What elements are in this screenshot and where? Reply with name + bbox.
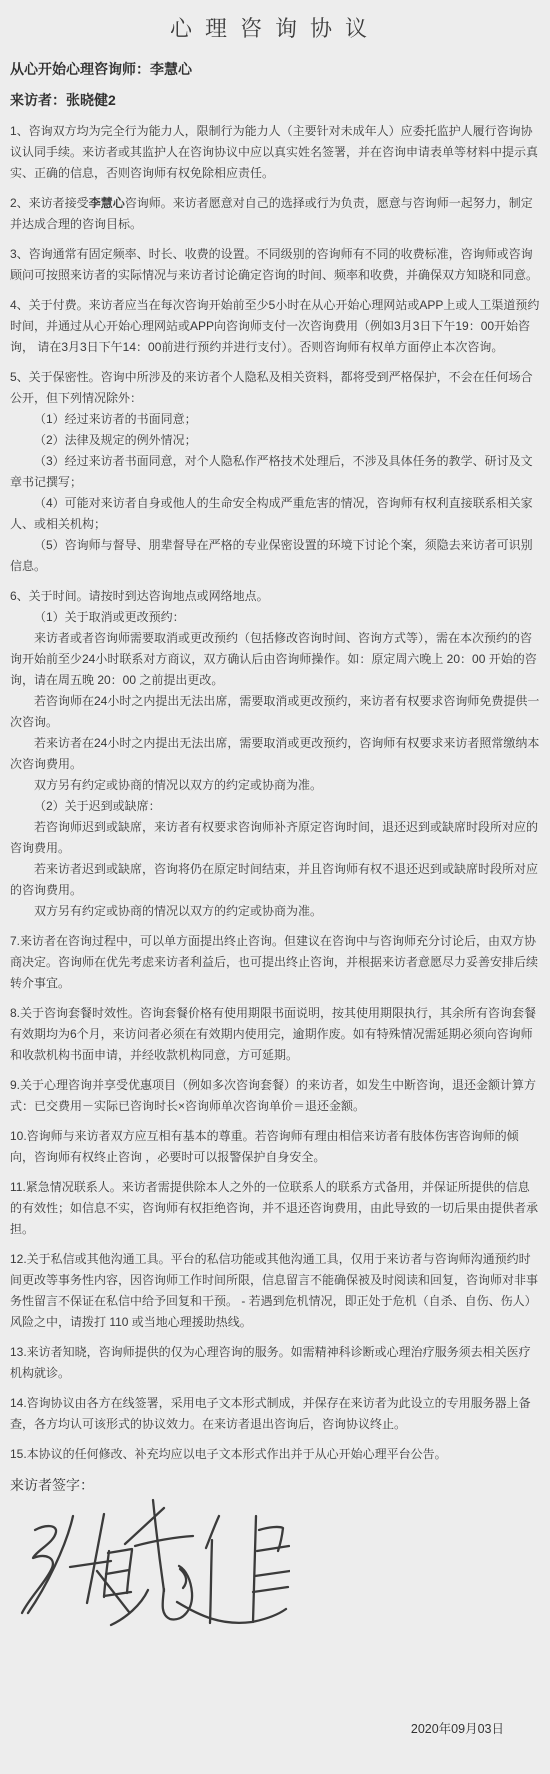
clause-text: 来访者或者咨询师需要取消或更改预约（包括修改咨询时间、咨询方式等），需在本次预约…	[10, 631, 537, 687]
clause-text: （2）法律及规定的例外情况；	[34, 433, 197, 447]
clause-text: 12.关于私信或其他沟通工具。平台的私信功能或其他沟通工具，仅用于来访者与咨询师…	[10, 1252, 538, 1329]
clause-text: （2）关于迟到或缺席：	[34, 799, 161, 813]
visitor-signature-drawing	[10, 1498, 290, 1630]
clause-text: 10.咨询师与来访者双方应互相有基本的尊重。若咨询师有理由相信来访者有肢体伤害咨…	[10, 1129, 519, 1164]
signature-stroke	[127, 1550, 132, 1593]
clause-paragraph: （1）经过来访者的书面同意；	[10, 409, 540, 430]
clause-text: 5、关于保密性。咨询中所涉及的来访者个人隐私及相关资料，都将受到严格保护，不会在…	[10, 370, 533, 405]
counselor-line: 从心开始心理咨询师：李慧心	[10, 59, 540, 79]
clause-paragraph: 6、关于时间。请按时到达咨询地点或网络地点。	[10, 586, 540, 607]
clause-text: （4）可能对来访者自身或他人的生命安全构成严重危害的情况，咨询师有权利直接联系相…	[10, 496, 533, 531]
clause-paragraph: 14.咨询协议由各方在线签署，采用电子文本形式制成，并保存在来访者为此设立的专用…	[10, 1393, 540, 1435]
signature-stroke	[257, 1546, 289, 1551]
clause-text: 若咨询师在24小时之内提出无法出席，需要取消或更改预约，来访者有权要求咨询师免费…	[10, 694, 539, 729]
clause-paragraph: 7.来访者在咨询过程中，可以单方面提出终止咨询。但建议在咨询中与咨询师充分讨论后…	[10, 931, 540, 994]
clause-text: 若来访者在24小时之内提出无法出席，需要取消或更改预约，咨询师有权要求来访者照常…	[10, 736, 539, 771]
clause-text: 双方另有约定或协商的情况以双方的约定或协商为准。	[34, 778, 322, 792]
clause-paragraph: 1、咨询双方均为完全行为能力人，限制行为能力人（主要针对未成年人）应委托监护人履…	[10, 121, 540, 184]
clause-text: 双方另有约定或协商的情况以双方的约定或协商为准。	[34, 904, 322, 918]
clause-text: （1）关于取消或更改预约：	[34, 610, 185, 624]
clause-paragraph: 9.关于心理咨询并享受优惠项目（例如多次咨询套餐）的来访者，如发生中断咨询，退还…	[10, 1075, 540, 1117]
signature-stroke	[253, 1587, 288, 1592]
signature-stroke	[177, 1602, 286, 1623]
clause-text: 若咨询师迟到或缺席，来访者有权要求咨询师补齐原定咨询时间，退还迟到或缺席时段所对…	[10, 820, 538, 855]
clause-paragraph: （5）咨询师与督导、朋辈督导在严格的专业保密设置的环境下讨论个案，须隐去来访者可…	[10, 535, 540, 577]
clause-text: 7.来访者在咨询过程中，可以单方面提出终止咨询。但建议在咨询中与咨询师充分讨论后…	[10, 934, 538, 990]
clause-paragraph: 若来访者迟到或缺席，咨询将仍在原定时间结束，并且咨询师有权不退还迟到或缺席时段所…	[10, 859, 540, 901]
clause-text: （3）经过来访者书面同意，对个人隐私作严格技术处理后，不涉及具体任务的教学、研讨…	[10, 454, 533, 489]
signature-stroke	[87, 1514, 104, 1603]
signature-stroke	[22, 1526, 56, 1613]
signature-label: 来访者签字：	[10, 1475, 540, 1496]
clause-text: 2、来访者接受	[10, 196, 89, 210]
clause-paragraph: （2）关于迟到或缺席：	[10, 796, 540, 817]
clause-text: 15.本协议的任何修改、补充均应以电子文本形式作出并于从心开始心理平台公告。	[10, 1447, 447, 1461]
clause-paragraph: 双方另有约定或协商的情况以双方的约定或协商为准。	[10, 775, 540, 796]
clause-paragraph: 5、关于保密性。咨询中所涉及的来访者个人隐私及相关资料，都将受到严格保护，不会在…	[10, 367, 540, 409]
clause-paragraph: 若来访者在24小时之内提出无法出席，需要取消或更改预约，咨询师有权要求来访者照常…	[10, 733, 540, 775]
clause-paragraph: 4、关于付费。来访者应当在每次咨询开始前至少5小时在从心开始心理网站或APP上或…	[10, 295, 540, 358]
signature-stroke	[108, 1549, 132, 1553]
clause-text: 11.紧急情况联系人。来访者需提供除本人之外的一位联系人的联系方式备用，并保证所…	[10, 1180, 538, 1236]
clause-bold-text: 李慧心	[89, 196, 125, 210]
agreement-date: 2020年09月03日	[10, 1720, 540, 1738]
signature-stroke	[163, 1566, 192, 1619]
page-title: 心理咨询协议	[10, 8, 540, 43]
clause-paragraph: （2）法律及规定的例外情况；	[10, 430, 540, 451]
agreement-document: 心理咨询协议 从心开始心理咨询师：李慧心 来访者：张晓健2 1、咨询双方均为完全…	[0, 8, 550, 1738]
clause-paragraph: 来访者或者咨询师需要取消或更改预约（包括修改咨询时间、咨询方式等），需在本次预约…	[10, 628, 540, 691]
clause-text: （5）咨询师与督导、朋辈督导在严格的专业保密设置的环境下讨论个案，须隐去来访者可…	[10, 538, 533, 573]
clause-paragraph: 8.关于咨询套餐时效性。咨询套餐价格有使用期限书面说明，按其使用期限执行，其余所…	[10, 1003, 540, 1066]
clause-paragraph: （4）可能对来访者自身或他人的生命安全构成严重危害的情况，咨询师有权利直接联系相…	[10, 493, 540, 535]
signature-stroke	[70, 1561, 111, 1567]
clause-text: 若来访者迟到或缺席，咨询将仍在原定时间结束，并且咨询师有权不退还迟到或缺席时段所…	[10, 862, 538, 897]
clause-paragraph: 3、咨询通常有固定频率、时长、收费的设置。不同级别的咨询师有不同的收费标准，咨询…	[10, 244, 540, 286]
clause-paragraph: （3）经过来访者书面同意，对个人隐私作严格技术处理后，不涉及具体任务的教学、研讨…	[10, 451, 540, 493]
clause-text: 3、咨询通常有固定频率、时长、收费的设置。不同级别的咨询师有不同的收费标准，咨询…	[10, 247, 538, 282]
clause-paragraph: 双方另有约定或协商的情况以双方的约定或协商为准。	[10, 901, 540, 922]
signature-stroke	[97, 1571, 129, 1612]
clause-text: 9.关于心理咨询并享受优惠项目（例如多次咨询套餐）的来访者，如发生中断咨询，退还…	[10, 1078, 536, 1113]
clause-text: 14.咨询协议由各方在线签署，采用电子文本形式制成，并保存在来访者为此设立的专用…	[10, 1396, 531, 1431]
clause-paragraph: 若咨询师在24小时之内提出无法出席，需要取消或更改预约，来访者有权要求咨询师免费…	[10, 691, 540, 733]
clause-text: 8.关于咨询套餐时效性。咨询套餐价格有使用期限书面说明，按其使用期限执行，其余所…	[10, 1006, 536, 1062]
clause-paragraph: 10.咨询师与来访者双方应互相有基本的尊重。若咨询师有理由相信来访者有肢体伤害咨…	[10, 1126, 540, 1168]
signature-stroke	[255, 1571, 290, 1576]
clause-paragraph: （1）关于取消或更改预约：	[10, 607, 540, 628]
clauses: 1、咨询双方均为完全行为能力人，限制行为能力人（主要针对未成年人）应委托监护人履…	[10, 121, 540, 1465]
clause-text: 4、关于付费。来访者应当在每次咨询开始前至少5小时在从心开始心理网站或APP上或…	[10, 298, 539, 354]
visitor-line: 来访者：张晓健2	[10, 90, 540, 110]
signature-stroke	[253, 1516, 256, 1622]
clause-paragraph: 2、来访者接受李慧心咨询师。来访者愿意对自己的选择或行为负责，愿意与咨询师一起努…	[10, 193, 540, 235]
signature-stroke	[135, 1536, 193, 1546]
signature-stroke	[210, 1540, 212, 1623]
clause-paragraph: 若咨询师迟到或缺席，来访者有权要求咨询师补齐原定咨询时间，退还迟到或缺席时段所对…	[10, 817, 540, 859]
clause-text: 13.来访者知晓，咨询师提供的仅为心理咨询的服务。如需精神科诊断或心理治疗服务须…	[10, 1345, 531, 1380]
clause-text: 6、关于时间。请按时到达咨询地点或网络地点。	[10, 589, 269, 603]
clause-paragraph: 15.本协议的任何修改、补充均应以电子文本形式作出并于从心开始心理平台公告。	[10, 1444, 540, 1465]
clause-text: 1、咨询双方均为完全行为能力人，限制行为能力人（主要针对未成年人）应委托监护人履…	[10, 124, 538, 180]
clause-paragraph: 11.紧急情况联系人。来访者需提供除本人之外的一位联系人的联系方式备用，并保证所…	[10, 1177, 540, 1240]
signature-stroke	[106, 1570, 129, 1574]
clause-paragraph: 13.来访者知晓，咨询师提供的仅为心理咨询的服务。如需精神科诊断或心理治疗服务须…	[10, 1342, 540, 1384]
clause-text: （1）经过来访者的书面同意；	[34, 412, 197, 426]
clause-paragraph: 12.关于私信或其他沟通工具。平台的私信功能或其他沟通工具，仅用于来访者与咨询师…	[10, 1249, 540, 1333]
